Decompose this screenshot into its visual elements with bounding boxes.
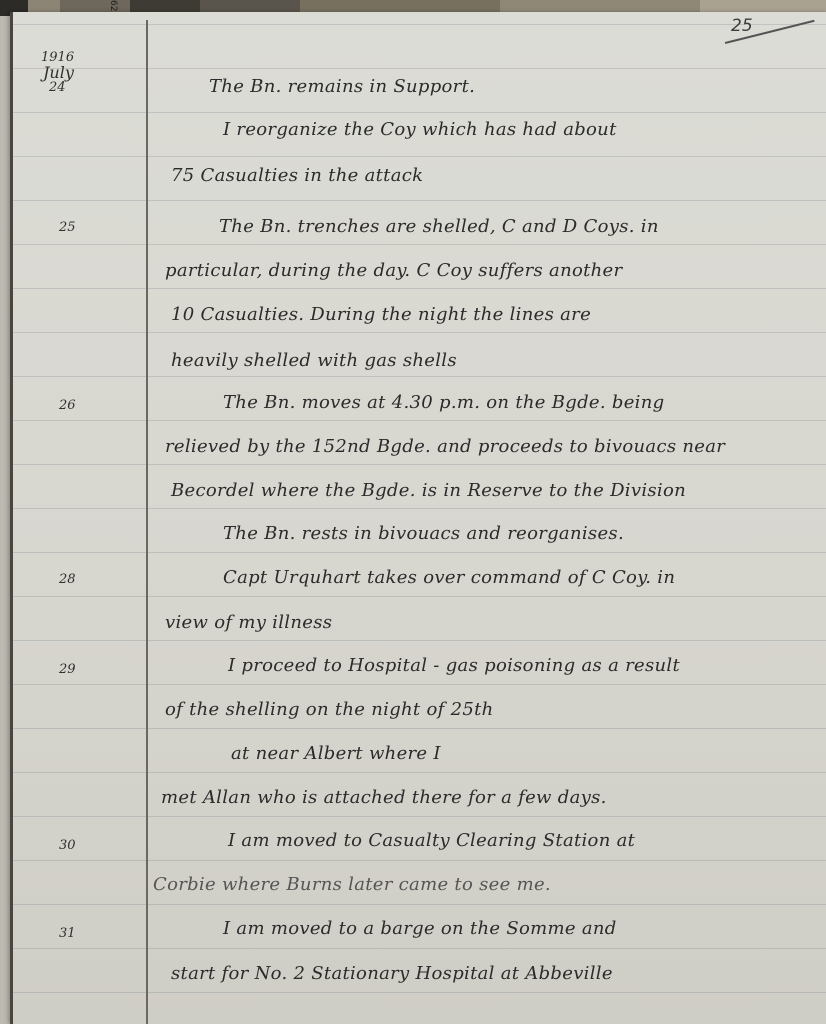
entry-line: 75 Casualties in the attack: [171, 165, 423, 186]
day-label: 25: [59, 220, 76, 235]
entry-line: particular, during the day. C Coy suffer…: [165, 260, 622, 281]
entry-line: Becordel where the Bgde. is in Reserve t…: [171, 480, 686, 501]
diary-page: 25 1916 July 24 The Bn. remains in Suppo…: [10, 12, 826, 1024]
date-month: July: [41, 65, 74, 80]
day-label: 26: [59, 398, 76, 413]
entry-line: met Allan who is attached there for a fe…: [161, 787, 607, 808]
entry-line: I reorganize the Coy which has had about: [223, 119, 617, 140]
entry-line: relieved by the 152nd Bgde. and proceeds…: [165, 436, 725, 457]
entry-line: Capt Urquhart takes over command of C Co…: [223, 567, 675, 588]
day-label: 31: [59, 926, 76, 941]
date-header: 1916 July 24: [41, 50, 74, 95]
entry-line: heavily shelled with gas shells: [171, 350, 457, 371]
photo-strip-tag: 62: [108, 0, 118, 11]
entry-line: I am moved to a barge on the Somme and: [223, 918, 617, 939]
day-label: 28: [59, 572, 76, 587]
entry-line: view of my illness: [165, 612, 332, 633]
entry-line: Corbie where Burns later came to see me.: [153, 874, 551, 895]
day-label: 30: [59, 838, 76, 853]
entry-line: of the shelling on the night of 25th: [165, 699, 494, 720]
entry-line: I am moved to Casualty Clearing Station …: [228, 830, 635, 851]
entry-line: The Bn. remains in Support.: [209, 76, 475, 97]
day-label: 29: [59, 662, 76, 677]
entry-line: The Bn. trenches are shelled, C and D Co…: [219, 216, 659, 237]
entry-line: The Bn. rests in bivouacs and reorganise…: [223, 523, 624, 544]
margin-line: [146, 20, 148, 1024]
entry-line: 10 Casualties. During the night the line…: [171, 304, 591, 325]
page-number: 25: [731, 16, 753, 36]
entry-line: The Bn. moves at 4.30 p.m. on the Bgde. …: [223, 392, 664, 413]
date-day: 24: [41, 80, 74, 95]
entry-line: at near Albert where I: [231, 743, 441, 764]
entry-line: I proceed to Hospital - gas poisoning as…: [228, 655, 680, 676]
entry-line: start for No. 2 Stationary Hospital at A…: [171, 963, 613, 984]
